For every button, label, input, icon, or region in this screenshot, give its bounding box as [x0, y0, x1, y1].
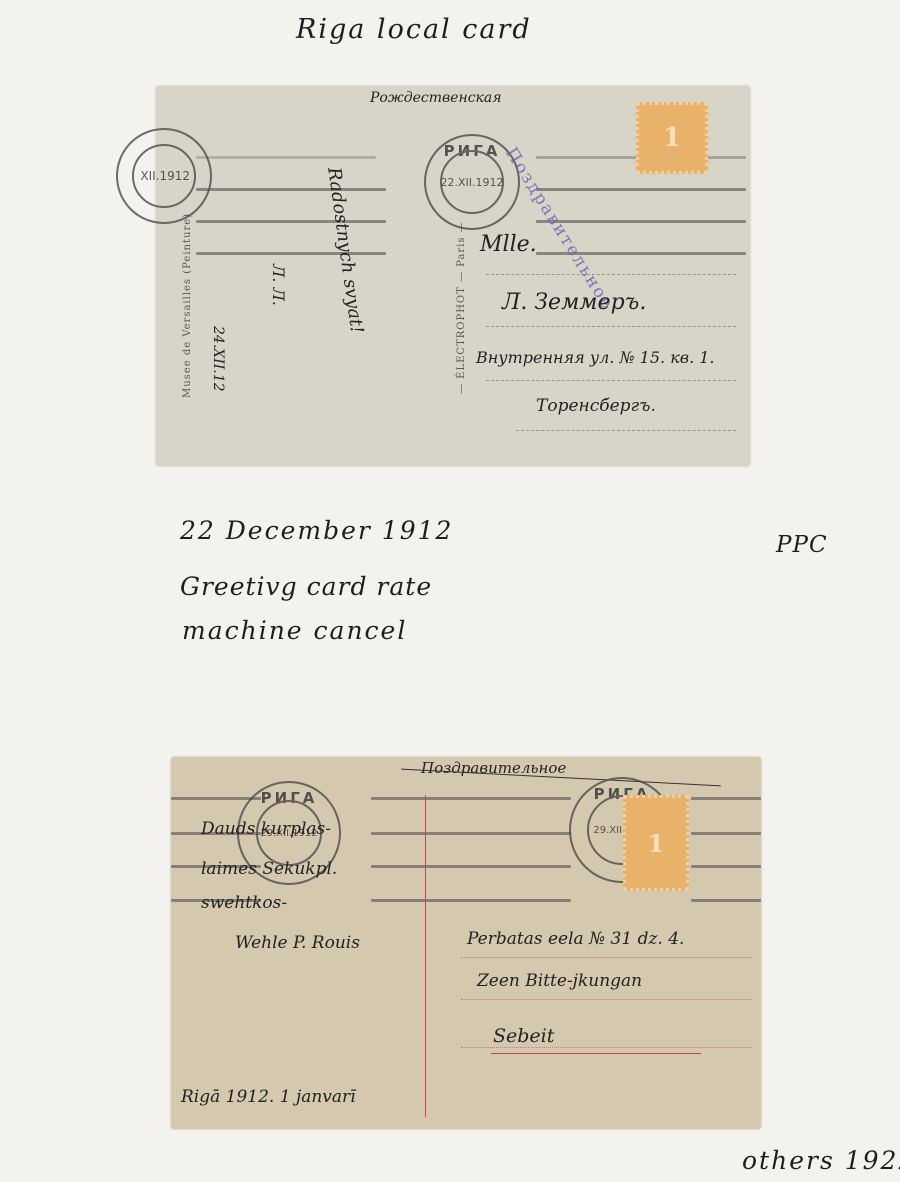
address-line-1: Mlle. [480, 232, 537, 257]
note-cancel: machine cancel [182, 616, 407, 645]
address-line-4: Торенсбергъ. [536, 396, 656, 416]
address-line-3: Sebeit [493, 1025, 554, 1047]
address-line-2: Zeen Bitte-jkungan [477, 971, 642, 991]
message-initials: Л. Л. [269, 264, 288, 306]
top-inscription: Рождественская [370, 90, 502, 106]
footer-note: others 1922 [742, 1146, 900, 1175]
message-dateline: Rigā 1912. 1 janvarī [181, 1087, 356, 1107]
message-date: 24.XII.12 [210, 326, 226, 392]
postmark-riga: РИГА 22.XII.1912 [424, 134, 520, 230]
postmark-date: 22.XII.1912 [440, 150, 504, 214]
postcard-riga-local: Рождественская XII.1912 РИГА 22.XII.1912… [156, 86, 750, 466]
address-line-2: Л. Земмеръ. [502, 290, 646, 315]
postage-stamp: 1 [636, 102, 708, 174]
message-line-3: swehtkos- [201, 893, 287, 913]
message-line-1: Dauds kurplas- [201, 819, 331, 839]
postmark-left-partial: XII.1912 [116, 128, 212, 224]
note-ppc: PPC [776, 532, 828, 558]
printer-imprint-center: — ÉLECTROPHOT — Paris — [456, 221, 467, 394]
message-greeting: Radostnych svyat! [323, 166, 367, 335]
address-divider [425, 795, 426, 1117]
note-date: 22 December 1912 [180, 516, 453, 545]
message-signature: Wehle P. Rouis [235, 933, 360, 953]
message-line-2: laimes Sekukpl. [201, 859, 337, 879]
postcard-riga-1912: Поздравительное РИГА 29.XII.1912 РИГА 29… [171, 757, 761, 1129]
printer-imprint-left: Musee de Versailles (Peinture) [182, 213, 193, 398]
address-line-3: Внутренняя ул. № 15. кв. 1. [476, 348, 715, 367]
note-rate: Greetivg card rate [180, 572, 432, 601]
page-title: Riga local card [296, 14, 532, 45]
address-line-1: Perbatas eela № 31 dz. 4. [467, 929, 684, 949]
postage-stamp: 1 [623, 795, 689, 891]
greetings-cachet: Поздравительное [501, 144, 618, 314]
